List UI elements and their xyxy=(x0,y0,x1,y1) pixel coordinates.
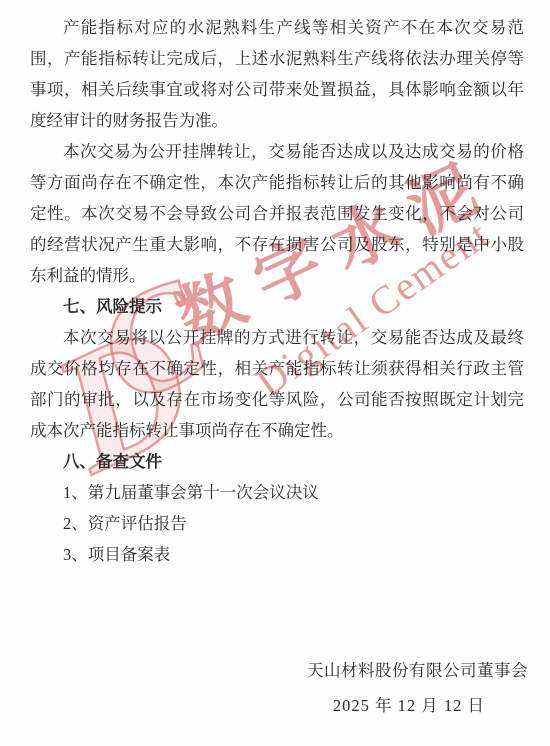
signature-date: 2025 年 12 月 12 日 xyxy=(30,690,528,721)
paragraph: 产能指标对应的水泥熟料生产线等相关资产不在本次交易范围，产能指标转让完成后，上述… xyxy=(30,12,524,136)
signature-company: 天山材料股份有限公司董事会 xyxy=(30,655,528,686)
paragraph: 本次交易将以公开挂牌的方式进行转让，交易能否达成及最终成交价格均存在不确定性，相… xyxy=(30,322,524,446)
list-item: 3、项目备案表 xyxy=(30,539,524,570)
signature-block: 天山材料股份有限公司董事会 2025 年 12 月 12 日 xyxy=(30,655,528,721)
list-item: 1、第九届董事会第十一次会议决议 xyxy=(30,477,524,508)
section-heading: 八、备查文件 xyxy=(30,446,524,477)
document-body: 产能指标对应的水泥熟料生产线等相关资产不在本次交易范围，产能指标转让完成后，上述… xyxy=(30,12,524,570)
section-heading: 七、风险提示 xyxy=(30,291,524,322)
list-item: 2、资产评估报告 xyxy=(30,508,524,539)
paragraph: 本次交易为公开挂牌转让，交易能否达成以及达成交易的价格等方面尚存在不确定性，本次… xyxy=(30,136,524,291)
document-page: D C 数字水泥 Digital Cement 产能指标对应的水泥熟料生产线等相… xyxy=(0,0,550,746)
